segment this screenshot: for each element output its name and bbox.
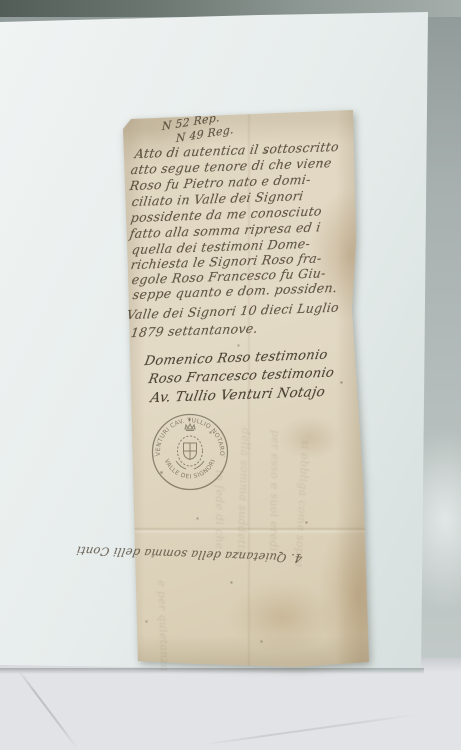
bleedthrough-ghost-line: per esso e suoi eredi	[267, 430, 282, 552]
stamp-separator-right: ·	[223, 453, 225, 460]
photographed-document-scene: N 52 Rep. N 49 Reg. Atto di autentica il…	[0, 0, 461, 750]
stamp-separator-left: ·	[153, 453, 155, 460]
svg-text:VALLE DEI SIGNORI: VALLE DEI SIGNORI	[163, 458, 217, 480]
stamp-bottom-text: VALLE DEI SIGNORI	[163, 458, 217, 480]
bleedthrough-ghost-line: in fede di che	[213, 470, 226, 550]
foxing-specks	[0, 0, 1, 1]
savoy-crest-icon	[176, 419, 204, 470]
